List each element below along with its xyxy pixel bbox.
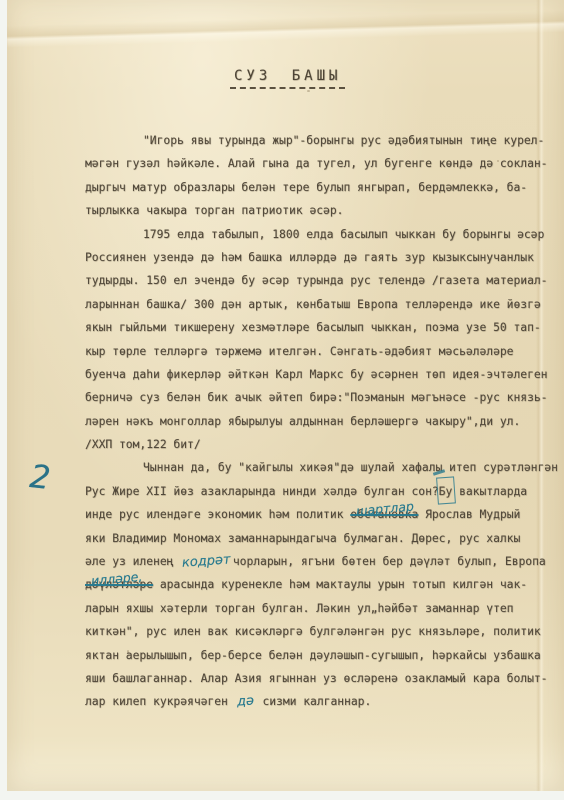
typed-text: ләрен нәкъ монголлар ябырылуы алдыннан б…: [85, 415, 520, 428]
typed-text: якын гыйльми тикшерену хезмәтләре басылы…: [85, 321, 541, 334]
text-line: яши башлаганнар. Алар Азия ягыннан уз өс…: [85, 667, 547, 690]
typed-text: әле уз иленең: [85, 555, 180, 568]
correction-group: шартларобстановка: [350, 503, 418, 526]
typed-text: Рус Жире XII йөз азакларында нинди хәлдә…: [85, 485, 439, 498]
text-line: Россиянен узендә дә һәм башка илләрдә дә…: [85, 246, 547, 269]
text-line: яки Владимир Мономах заманнарындагыча бу…: [85, 527, 547, 550]
text-line: берничә суз белән бик ачык әйтеп бирә:"П…: [85, 386, 547, 409]
text-line: ларыннан башка/ 300 дән артык, көнбатыш …: [85, 293, 547, 316]
handwritten-page-number: 2: [28, 457, 52, 497]
text-line: илләре,дәүләтләре арасында куренекле һәм…: [85, 573, 547, 596]
text-line: Рус Жире XII йөз азакларында нинди хәлдә…: [85, 480, 547, 503]
paper-speck: [307, 90, 310, 92]
typed-text: арасында куренекле һәм мактаулы урын тот…: [153, 578, 527, 591]
document-title: СУЗ БАШЫ: [230, 68, 345, 89]
typed-text: Чыннан да, бу "кайгылы хикәя"дә шулай ха…: [143, 461, 558, 474]
handwritten-word: кодрәт: [179, 548, 233, 575]
text-line: тудырды. 150 ел эчендә бу әсәр турында р…: [85, 269, 547, 292]
correction-group: илләре,дәүләтләре: [85, 573, 153, 596]
text-line: буенча даһи фикерләр әйткән Карл Маркс б…: [85, 363, 547, 386]
text-body: "Игорь явы турында жыр"-борынгы рус әдәб…: [85, 129, 547, 714]
typed-text: киткән", рус илен вак кисәкләргә булгәлә…: [85, 625, 541, 638]
typed-text: тудырды. 150 ел эчендә бу әсәр турында р…: [85, 274, 548, 287]
text-line: Чыннан да, бу "кайгылы хикәя"дә шулай ха…: [85, 456, 547, 479]
text-line: ләрен нәкъ монголлар ябырылуы алдыннан б…: [85, 410, 547, 433]
typed-text: "Игорь явы турында жыр"-борынгы рус әдәб…: [143, 134, 544, 147]
typed-text: мәгән гузәл һәйкәле. Алай гына да тугел,…: [85, 157, 548, 170]
typed-text: инде рус илендәге экономик һәм политик: [85, 508, 350, 521]
typed-text: /ХХП том,122 бит/: [85, 438, 201, 451]
scanned-page: СУЗ БАШЫ 2 "Игорь явы турында жыр"-борын…: [0, 0, 564, 800]
typed-text: кыр төрле телләргә тәржемә ителгән. Сәнг…: [85, 345, 513, 358]
text-line: /ХХП том,122 бит/: [85, 433, 547, 456]
text-line: дыргыч матур образлары белән тере булып …: [85, 176, 547, 199]
ink-marked-word: Бу: [439, 480, 453, 503]
typed-text: ларын яхшы хәтерли торган булган. Ләкин …: [85, 602, 513, 615]
text-line: 1795 елда табылып, 1800 елда басылып чык…: [85, 223, 547, 246]
typed-text: берничә суз белән бик ачык әйтеп бирә:"П…: [85, 391, 548, 404]
typed-text: ларыннан башка/ 300 дән артык, көнбатыш …: [85, 298, 541, 311]
typed-text: сизми калганнар.: [256, 695, 372, 708]
typed-text: вакытларда: [452, 485, 527, 498]
typed-text: яши башлаганнар. Алар Азия ягыннан уз өс…: [85, 672, 548, 685]
paper-crease-top: [7, 10, 564, 48]
handwritten-word: дә: [234, 690, 257, 715]
text-line: лар килеп кукрәячәген дә сизми калганнар…: [85, 690, 547, 713]
typed-text: чорларын, ягъни бөтен бер дәүләт булып, …: [233, 555, 546, 568]
typed-text: Ярослав Мудрый: [418, 508, 520, 521]
typed-text: 1795 елда табылып, 1800 елда басылып чык…: [143, 228, 544, 241]
typed-text: буенча даһи фикерләр әйткән Карл Маркс б…: [85, 368, 548, 381]
text-line: инде рус илендәге экономик һәм политик ш…: [85, 503, 547, 526]
typed-text: Россиянен узендә дә һәм башка илләрдә дә…: [85, 251, 534, 264]
text-line: әле уз иленең кодрәтчорларын, ягъни бөте…: [85, 550, 547, 573]
typed-text: дыргыч матур образлары белән тере булып …: [85, 181, 527, 194]
text-line: яктан аерылышып, бер-берсе белән дәуләшы…: [85, 644, 547, 667]
typed-text: яки Владимир Мономах заманнарындагыча бу…: [85, 532, 520, 545]
text-line: киткән", рус илен вак кисәкләргә булгәлә…: [85, 620, 547, 643]
typed-text: тырлыкка чакыра торган патриотик әсәр.: [85, 204, 343, 217]
text-line: ларын яхшы хәтерли торган булган. Ләкин …: [85, 597, 547, 620]
text-line: тырлыкка чакыра торган патриотик әсәр.: [85, 199, 547, 222]
typed-text: яктан аерылышып, бер-берсе белән дәуләшы…: [85, 649, 541, 662]
typed-text: лар килеп кукрәячәген: [85, 695, 235, 708]
text-line: кыр төрле телләргә тәржемә ителгән. Сәнг…: [85, 340, 547, 363]
text-line: якын гыйльми тикшерену хезмәтләре басылы…: [85, 316, 547, 339]
text-line: мәгән гузәл һәйкәле. Алай гына да тугел,…: [85, 152, 547, 175]
text-line: "Игорь явы турында жыр"-борынгы рус әдәб…: [85, 129, 547, 152]
